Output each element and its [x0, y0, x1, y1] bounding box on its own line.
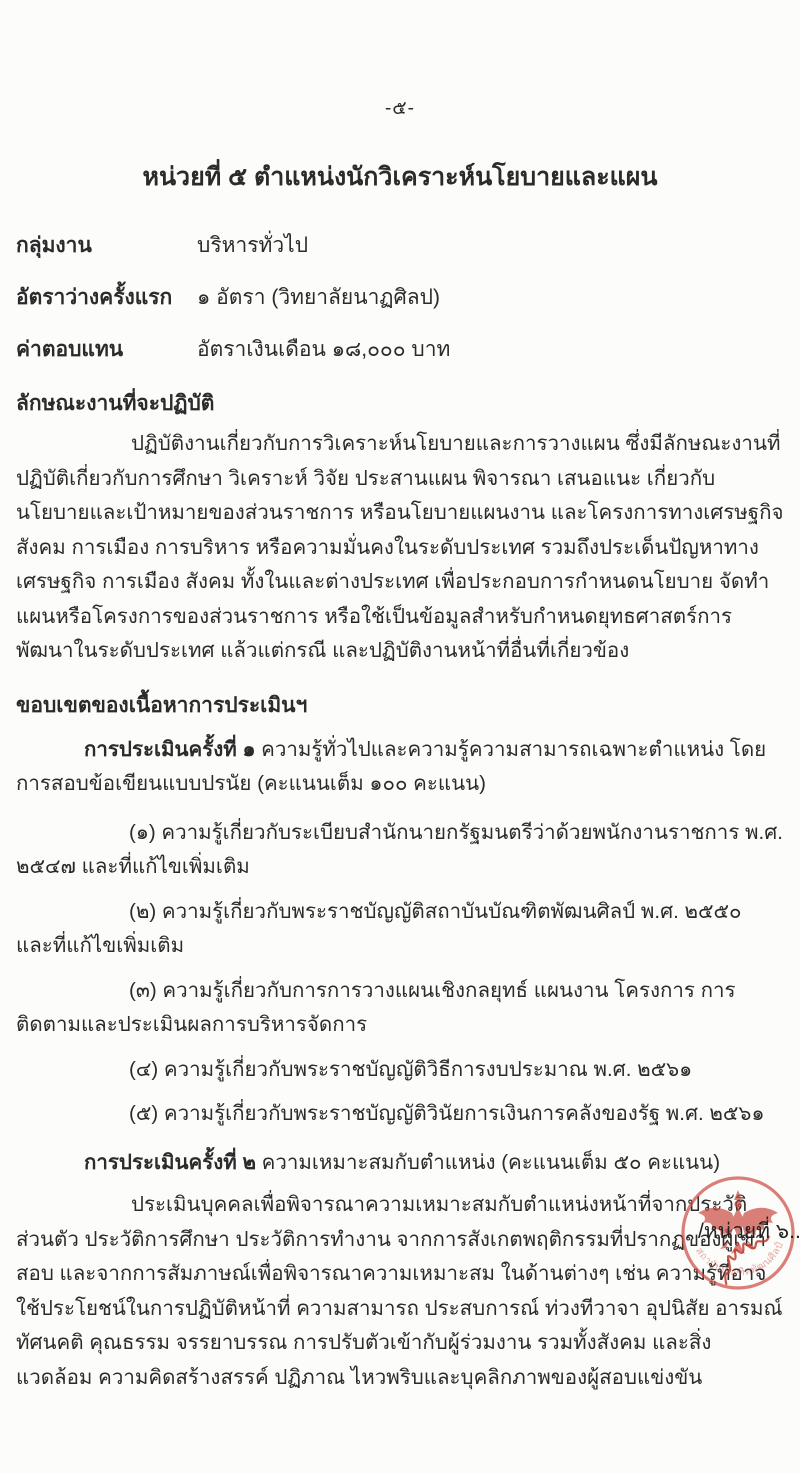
page-number: -๕- [16, 93, 784, 123]
job-description-paragraph: ปฏิบัติงานเกี่ยวกับการวิเคราะห์นโยบายและ… [16, 427, 784, 669]
evaluation-item-3: (๓) ความรู้เกี่ยวกับการการวางแผนเชิงกลยุ… [16, 974, 784, 1043]
continuation-marker: /หน่วยที่ ๖... [698, 1215, 800, 1248]
evaluation-round1-lead: การประเมินครั้งที่ ๑ [84, 738, 255, 761]
info-label-salary: ค่าตอบแทน [16, 333, 197, 367]
info-label-vacancy: อัตราว่างครั้งแรก [16, 281, 197, 315]
evaluation-scope-heading: ขอบเขตของเนื้อหาการประเมินฯ [16, 689, 784, 723]
evaluation-round1-line: การประเมินครั้งที่ ๑ ความรู้ทั่วไปและควา… [16, 733, 784, 802]
info-row-salary: ค่าตอบแทน อัตราเงินเดือน ๑๘,๐๐๐ บาท [16, 333, 784, 367]
evaluation-item-5: (๕) ความรู้เกี่ยวกับพระราชบัญญัติวินัยกา… [16, 1097, 784, 1132]
info-label-group: กลุ่มงาน [16, 229, 197, 263]
info-value-group: บริหารทั่วไป [197, 229, 784, 263]
position-info: กลุ่มงาน บริหารทั่วไป อัตราว่างครั้งแรก … [16, 229, 784, 367]
evaluation-item-4: (๔) ความรู้เกี่ยวกับพระราชบัญญัติวิธีการ… [16, 1053, 784, 1088]
evaluation-item-2: (๒) ความรู้เกี่ยวกับพระราชบัญญัติสถาบันบ… [16, 895, 784, 964]
info-row-group: กลุ่มงาน บริหารทั่วไป [16, 229, 784, 263]
page-title: หน่วยที่ ๕ ตำแหน่งนักวิเคราะห์นโยบายและแ… [16, 157, 784, 197]
official-stamp-area: สถาบันบัณฑิตพัฒนศิลป์ /หน่วยที่ ๖... [668, 1163, 800, 1308]
info-value-salary: อัตราเงินเดือน ๑๘,๐๐๐ บาท [197, 333, 784, 367]
evaluation-round2-text: ความเหมาะสมกับตำแหน่ง (คะแนนเต็ม ๕๐ คะแน… [256, 1151, 720, 1174]
info-row-vacancy: อัตราว่างครั้งแรก ๑ อัตรา (วิทยาลัยนาฏศิ… [16, 281, 784, 315]
info-value-vacancy: ๑ อัตรา (วิทยาลัยนาฏศิลป) [197, 281, 784, 315]
evaluation-item-1: (๑) ความรู้เกี่ยวกับระเบียบสำนักนายกรัฐม… [16, 816, 784, 885]
evaluation-round2-lead: การประเมินครั้งที่ ๒ [84, 1151, 256, 1174]
job-description-heading: ลักษณะงานที่จะปฏิบัติ [16, 387, 784, 421]
document-page: -๕- หน่วยที่ ๕ ตำแหน่งนักวิเคราะห์นโยบาย… [0, 0, 800, 1473]
